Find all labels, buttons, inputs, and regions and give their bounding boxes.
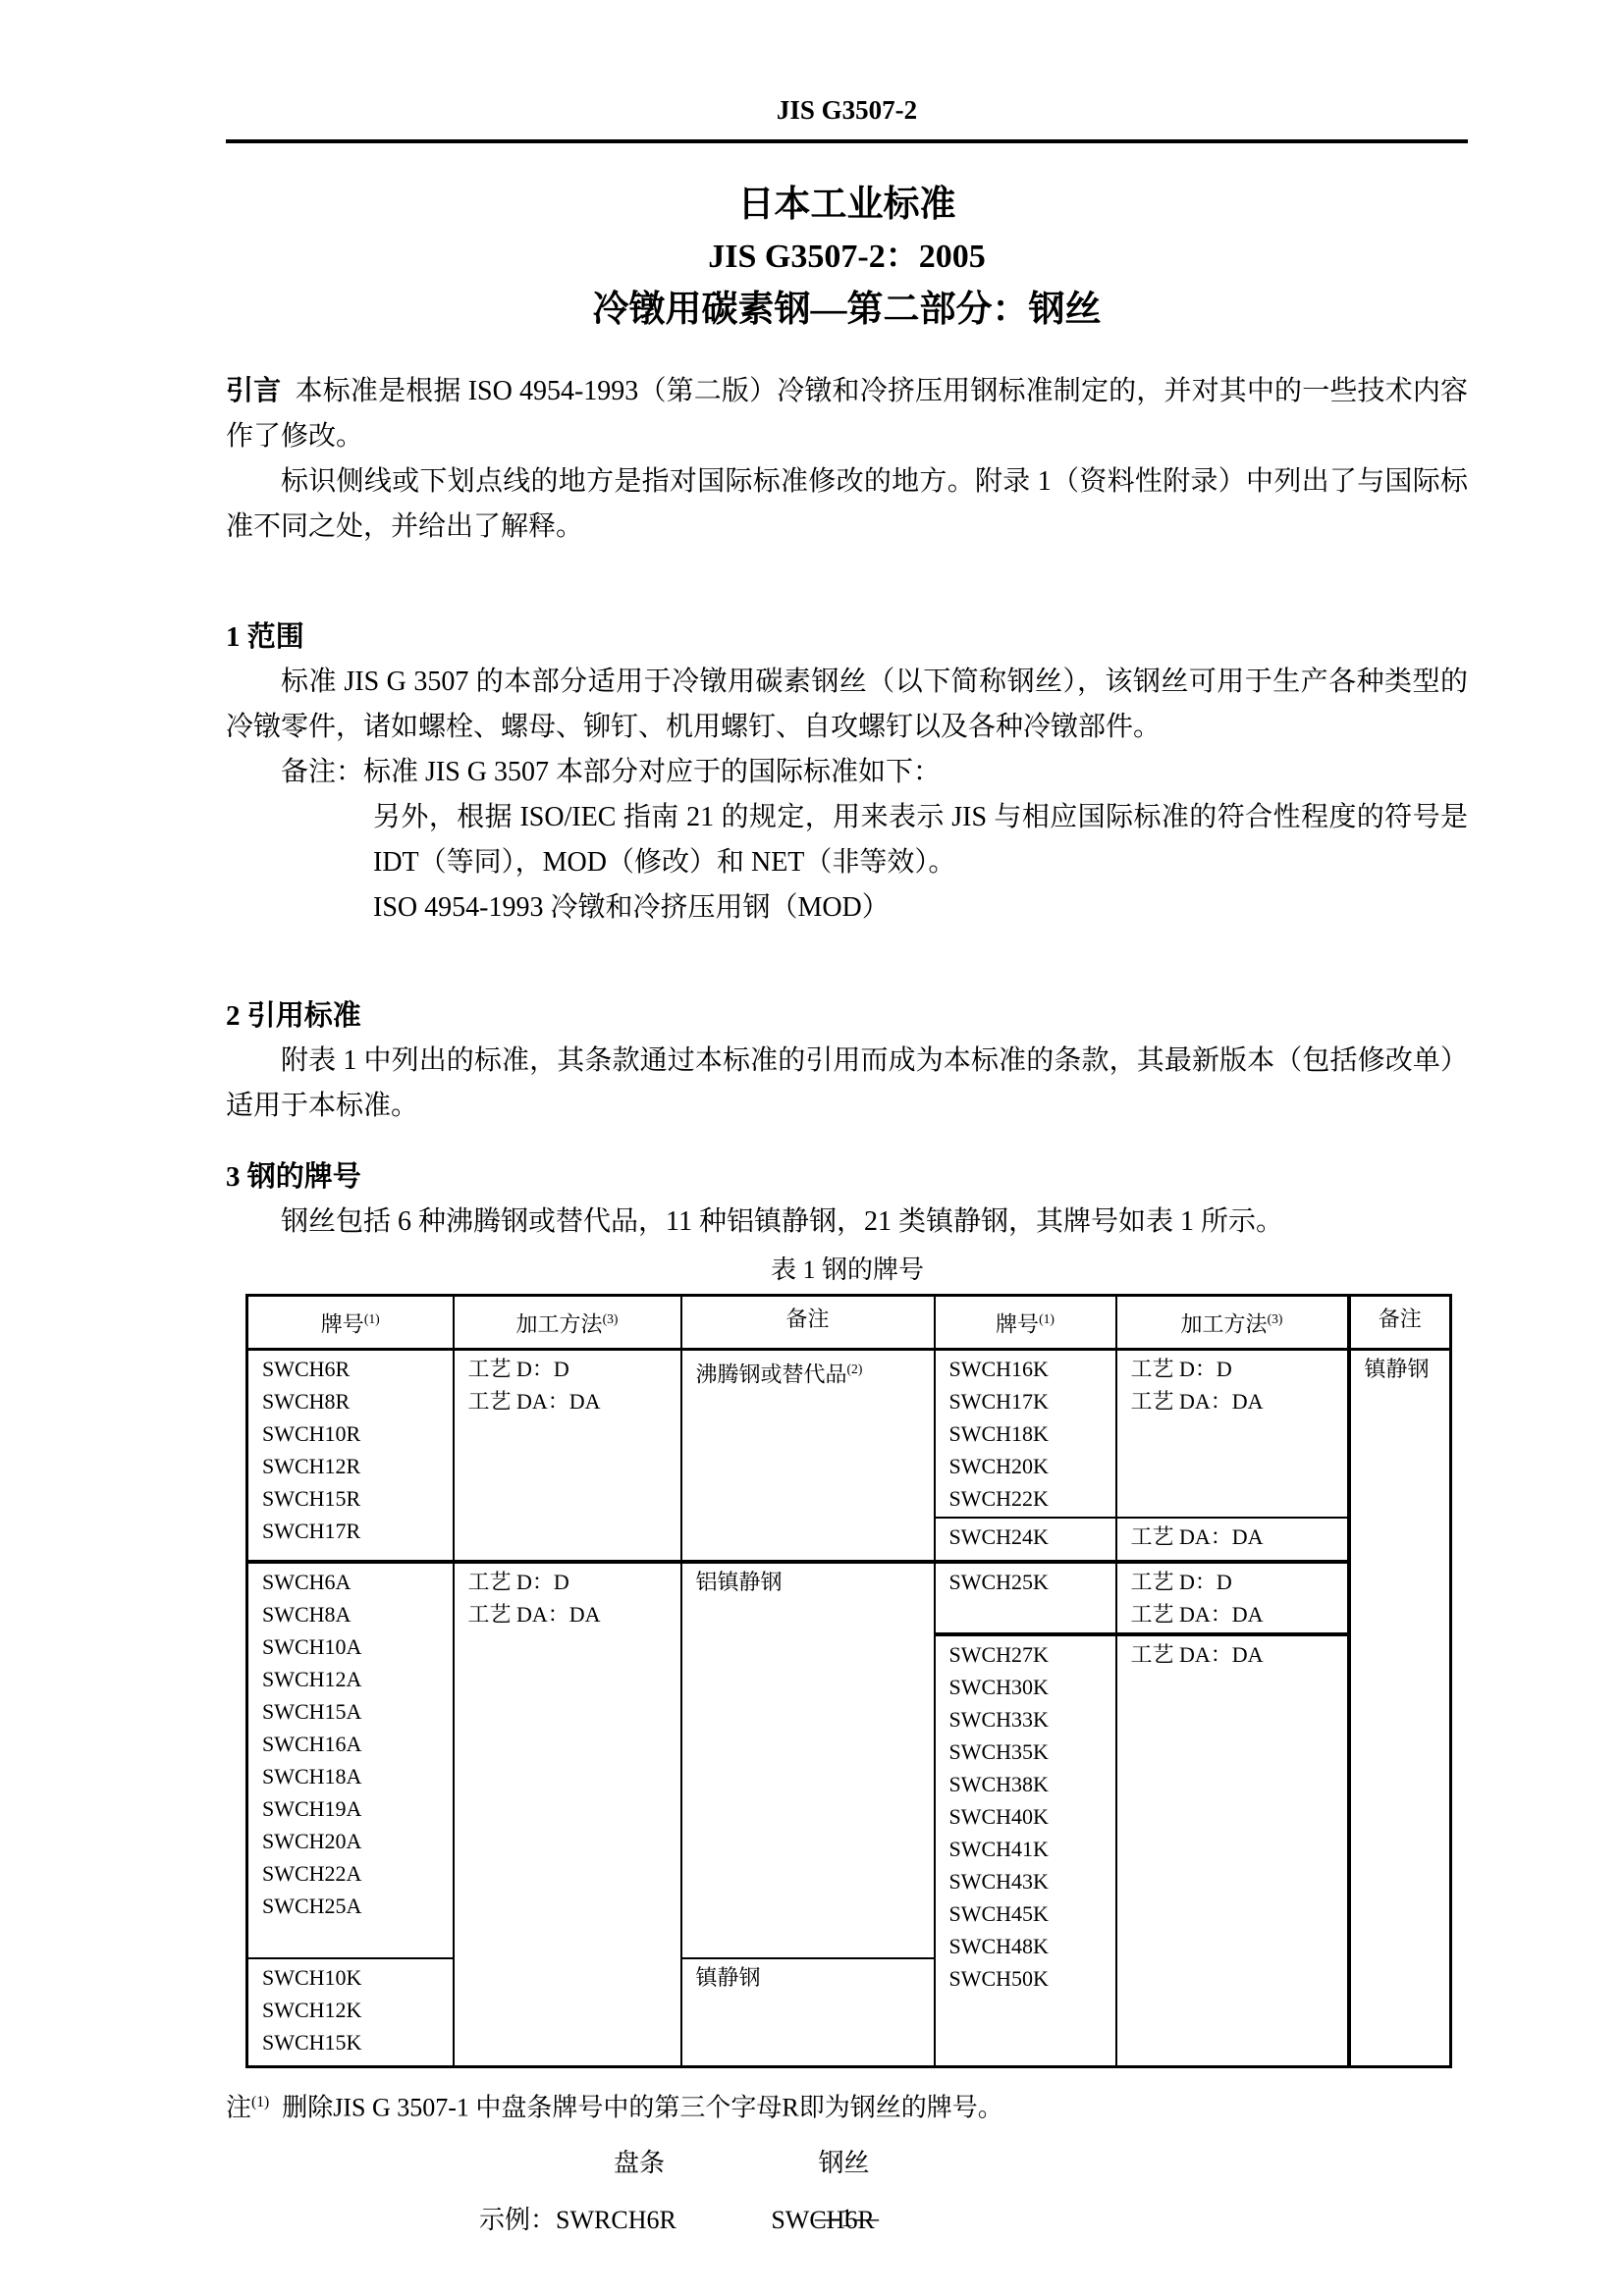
cell-process-aluminium: 工艺 D：D工艺 DA：DA	[454, 1562, 681, 2066]
footnote-label-sup: (1)	[251, 2094, 269, 2110]
table-header-row: 牌号(1) 加工方法(3) 备注 牌号(1) 加工方法(3) 备注	[247, 1296, 1451, 1350]
section-2-body: 附表 1 中列出的标准，其条款通过本标准的引用而成为本标准的条款，其最新版本（包…	[226, 1039, 1468, 1129]
cell-grades-aluminium: SWCH6ASWCH8ASWCH10ASWCH12ASWCH15ASWCH16A…	[247, 1562, 454, 1958]
example-col1-header: 盘条	[614, 2149, 665, 2177]
cell-grades-k25: SWCH25K	[935, 1562, 1116, 1634]
cell-grades-k10-15: SWCH10KSWCH12KSWCH15K	[247, 1958, 454, 2066]
table-row-1: SWCH6RSWCH8RSWCH10RSWCH12RSWCH15RSWCH17R…	[247, 1350, 1451, 1519]
cell-remark-aluminium: 铝镇静钢	[681, 1562, 935, 1958]
document-page: JIS G3507-2 日本工业标准 JIS G3507-2：2005 冷镦用碳…	[0, 0, 1623, 2296]
example-column-headers: 盘条 钢丝	[226, 2144, 1468, 2183]
footnote-text: 删除JIS G 3507-1 中盘条牌号中的第三个字母R即为钢丝的牌号。	[282, 2093, 1003, 2121]
title-line-2: JIS G3507-2：2005	[226, 232, 1468, 283]
header-grade-left: 牌号(1)	[247, 1296, 454, 1350]
cell-process-k25: 工艺 D：D工艺 DA：DA	[1116, 1562, 1349, 1634]
section-1-note-line-1: 备注：标准 JIS G 3507 本部分对应于的国际标准如下：	[226, 750, 1468, 795]
table-1-caption: 表 1 钢的牌号	[245, 1251, 1449, 1290]
page-content: JIS G3507-2 日本工业标准 JIS G3507-2：2005 冷镦用碳…	[0, 0, 1623, 2240]
intro-paragraph-1: 引言 本标准是根据 ISO 4954-1993（第二版）冷镦和冷挤压用钢标准制定…	[226, 369, 1468, 459]
table-row-3: SWCH6ASWCH8ASWCH10ASWCH12ASWCH15ASWCH16A…	[247, 1562, 1451, 1634]
header-process-left: 加工方法(3)	[454, 1296, 681, 1350]
cell-grades-k27-50: SWCH27KSWCH30KSWCH33KSWCH35KSWCH38KSWCH4…	[935, 1634, 1116, 2066]
title-line-1: 日本工业标准	[226, 179, 1468, 232]
section-2-paragraph: 附表 1 中列出的标准，其条款通过本标准的引用而成为本标准的条款，其最新版本（包…	[226, 1039, 1468, 1129]
cell-remark-killed-left: 镇静钢	[681, 1958, 935, 2066]
title-block: 日本工业标准 JIS G3507-2：2005 冷镦用碳素钢—第二部分：钢丝	[226, 179, 1468, 338]
running-header: JIS G3507-2	[226, 0, 1468, 126]
cell-process-rimmed: 工艺 D：D工艺 DA：DA	[454, 1350, 681, 1563]
intro-text: 本标准是根据 ISO 4954-1993（第二版）冷镦和冷挤压用钢标准制定的，并…	[226, 376, 1468, 452]
section-3-heading: 3 钢的牌号	[226, 1154, 1468, 1200]
cell-remark-rimmed: 沸腾钢或替代品(2)	[681, 1350, 935, 1563]
title-line-3: 冷镦用碳素钢—第二部分：钢丝	[226, 283, 1468, 338]
cell-process-k24: 工艺 DA：DA	[1116, 1518, 1349, 1562]
cell-grades-k24: SWCH24K	[935, 1518, 1116, 1562]
introduction: 引言 本标准是根据 ISO 4954-1993（第二版）冷镦和冷挤压用钢标准制定…	[226, 369, 1468, 550]
intro-label: 引言	[226, 376, 281, 406]
cell-grades-k16-22: SWCH16KSWCH17KSWCH18KSWCH20KSWCH22K	[935, 1350, 1116, 1519]
section-1-paragraph: 标准 JIS G 3507 的本部分适用于冷镦用碳素钢丝（以下简称钢丝），该钢丝…	[226, 660, 1468, 750]
footnote-1: 注(1) 删除JIS G 3507-1 中盘条牌号中的第三个字母R即为钢丝的牌号…	[226, 2082, 1468, 2129]
note-line-1-text: 标准 JIS G 3507 本部分对应于的国际标准如下：	[363, 757, 941, 787]
section-1-body: 标准 JIS G 3507 的本部分适用于冷镦用碳素钢丝（以下简称钢丝），该钢丝…	[226, 660, 1468, 931]
section-1-note-line-3: ISO 4954-1993 冷镦和冷挤压用钢（MOD）	[226, 885, 1468, 931]
header-grade-right: 牌号(1)	[935, 1296, 1116, 1350]
cell-process-k27-50: 工艺 DA：DA	[1116, 1634, 1349, 2066]
cell-remark-killed-right: 镇静钢	[1349, 1350, 1451, 2067]
example-col2-header: 钢丝	[819, 2149, 870, 2177]
section-3-body: 钢丝包括 6 种沸腾钢或替代品，11 种铝镇静钢，21 类镇静钢，其牌号如表 1…	[226, 1200, 1468, 1245]
intro-paragraph-2: 标识侧线或下划点线的地方是指对国际标准修改的地方。附录 1（资料性附录）中列出了…	[226, 459, 1468, 550]
cell-grades-rimmed: SWCH6RSWCH8RSWCH10RSWCH12RSWCH15RSWCH17R	[247, 1350, 454, 1563]
section-2-heading: 2 引用标准	[226, 993, 1468, 1039]
section-1-heading: 1 范围	[226, 614, 1468, 660]
note-label: 备注：	[281, 757, 363, 787]
table-1-steel-grades: 牌号(1) 加工方法(3) 备注 牌号(1) 加工方法(3) 备注 SWCH6R…	[245, 1294, 1452, 2068]
header-remark-right: 备注	[1349, 1296, 1451, 1350]
page-number: —1—	[226, 2204, 1468, 2233]
header-remark-left: 备注	[681, 1296, 935, 1350]
section-1-note-line-2: 另外，根据 ISO/IEC 指南 21 的规定，用来表示 JIS 与相应国际标准…	[226, 795, 1468, 885]
header-rule	[226, 139, 1468, 143]
cell-process-k16-22: 工艺 D：D工艺 DA：DA	[1116, 1350, 1349, 1519]
section-3-paragraph: 钢丝包括 6 种沸腾钢或替代品，11 种铝镇静钢，21 类镇静钢，其牌号如表 1…	[226, 1200, 1468, 1245]
header-process-right: 加工方法(3)	[1116, 1296, 1349, 1350]
footnote-label: 注	[226, 2093, 251, 2121]
